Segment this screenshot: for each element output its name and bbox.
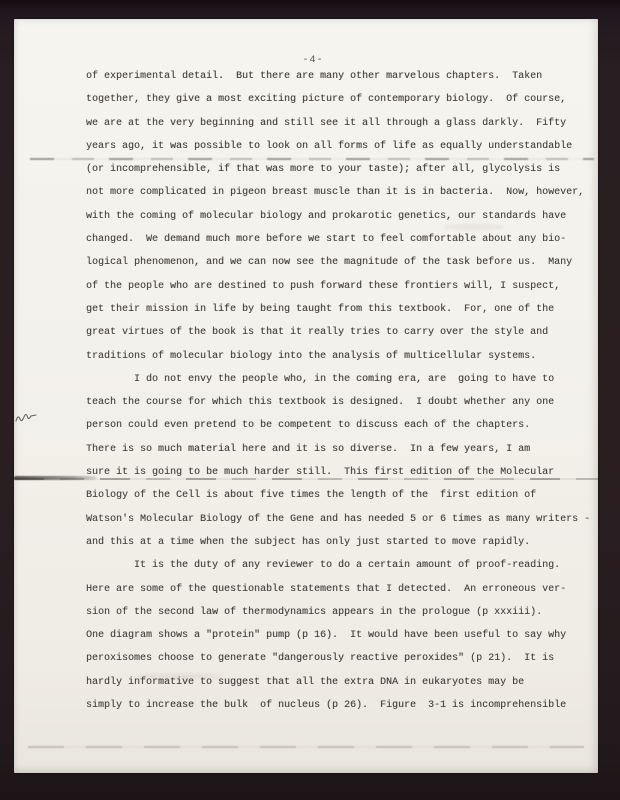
typescript-line: get their mission in life by being taugh… xyxy=(86,298,590,321)
typescript-line: of experimental detail. But there are ma… xyxy=(86,65,590,88)
typescript-body: of experimental detail. But there are ma… xyxy=(86,65,590,717)
typescript-line: not more complicated in pigeon breast mu… xyxy=(86,181,590,204)
typescript-line: (or incomprehensible, if that was more t… xyxy=(86,158,590,181)
typescript-page: -4- of experimental detail. But there ar… xyxy=(14,19,598,773)
typescript-line: of the people who are destined to push f… xyxy=(86,275,590,298)
paper-crease-middle-dark-edge xyxy=(14,476,96,480)
typescript-line: together, they give a most exciting pict… xyxy=(86,88,590,111)
typescript-line: Watson's Molecular Biology of the Gene a… xyxy=(86,508,590,531)
typescript-line: logical phenomenon, and we can now see t… xyxy=(86,251,590,274)
typescript-line: changed. We demand much more before we s… xyxy=(86,228,590,251)
paper-crease-bottom xyxy=(28,746,584,748)
typescript-line: hardly informative to suggest that all t… xyxy=(86,671,590,694)
handwritten-squiggle-icon xyxy=(15,412,39,426)
typescript-line: sure it is going to be much harder still… xyxy=(86,461,590,484)
scanned-document: -4- of experimental detail. But there ar… xyxy=(0,0,620,800)
typescript-line: with the coming of molecular biology and… xyxy=(86,205,590,228)
typescript-line: traditions of molecular biology into the… xyxy=(86,345,590,368)
typescript-line: teach the course for which this textbook… xyxy=(86,391,590,414)
typescript-line: There is so much material here and it is… xyxy=(86,438,590,461)
typescript-line: Biology of the Cell is about five times … xyxy=(86,484,590,507)
typescript-line: sion of the second law of thermodynamics… xyxy=(86,601,590,624)
typescript-line: Here are some of the questionable statem… xyxy=(86,578,590,601)
typescript-line: great virtues of the book is that it rea… xyxy=(86,321,590,344)
typescript-line: and this at a time when the subject has … xyxy=(86,531,590,554)
typescript-line: peroxisomes choose to generate "dangerou… xyxy=(86,647,590,670)
typescript-line: simply to increase the bulk of nucleus (… xyxy=(86,694,590,717)
typescript-line: person could even pretend to be competen… xyxy=(86,414,590,437)
typescript-line: One diagram shows a "protein" pump (p 16… xyxy=(86,624,590,647)
typescript-line: I do not envy the people who, in the com… xyxy=(86,368,590,391)
typescript-line: It is the duty of any reviewer to do a c… xyxy=(86,554,590,577)
typescript-line: we are at the very beginning and still s… xyxy=(86,112,590,135)
typescript-line: years ago, it was possible to look on al… xyxy=(86,135,590,158)
